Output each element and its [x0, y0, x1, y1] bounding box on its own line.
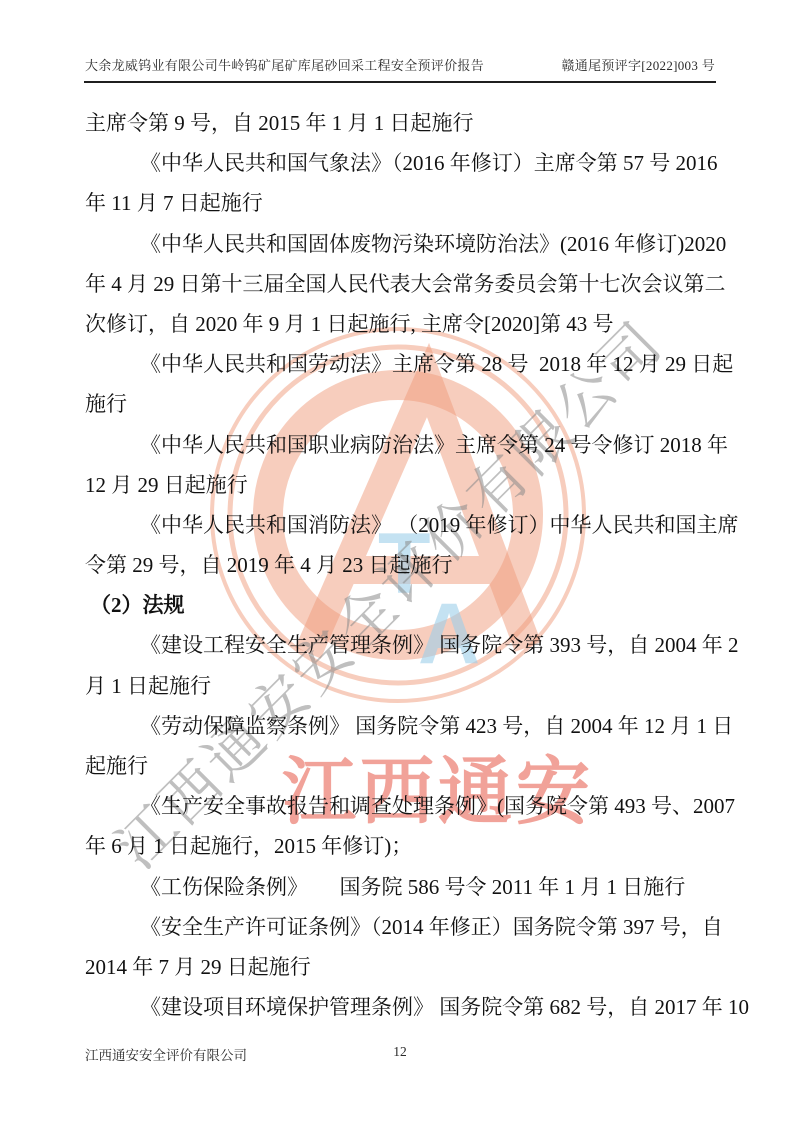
body-line: 年 11 月 7 日起施行	[85, 183, 725, 223]
footer-page-number: 12	[85, 1044, 715, 1060]
body-line: 起施行	[85, 746, 725, 786]
header-divider	[84, 81, 716, 83]
body-line: 12 月 29 日起施行	[85, 465, 725, 505]
body-text: 主席令第 9 号，自 2015 年 1 月 1 日起施行《中华人民共和国气象法》…	[85, 103, 725, 1027]
body-line: 《建设工程安全生产管理条例》 国务院令第 393 号，自 2004 年 2	[85, 625, 725, 665]
body-line: 施行	[85, 384, 725, 424]
body-line: 《劳动保障监察条例》 国务院令第 423 号，自 2004 年 12 月 1 日	[85, 706, 725, 746]
body-line: 《安全生产许可证条例》（2014 年修正）国务院令第 397 号，自	[85, 907, 725, 947]
body-line: 主席令第 9 号，自 2015 年 1 月 1 日起施行	[85, 103, 725, 143]
body-line: 《中华人民共和国气象法》（2016 年修订）主席令第 57 号 2016	[85, 143, 725, 183]
body-line: 《工伤保险条例》 国务院 586 号令 2011 年 1 月 1 日施行	[85, 867, 725, 907]
body-line: 《建设项目环境保护管理条例》 国务院令第 682 号，自 2017 年 10	[85, 987, 725, 1027]
body-line: 《生产安全事故报告和调查处理条例》(国务院令第 493 号、2007	[85, 786, 725, 826]
body-line: 年 4 月 29 日第十三届全国人民代表大会常务委员会第十七次会议第二	[85, 264, 725, 304]
body-line: 次修订，自 2020 年 9 月 1 日起施行, 主席令[2020]第 43 号	[85, 304, 725, 344]
body-line: 月 1 日起施行	[85, 666, 725, 706]
document-page: T A 江西通安安全评价有限公司 江西通安 大余龙威钨业有限公司牛岭钨矿尾矿库尾…	[0, 0, 800, 1131]
header-report-title: 大余龙威钨业有限公司牛岭钨矿尾矿库尾砂回采工程安全预评价报告	[85, 55, 484, 74]
page-header: 大余龙威钨业有限公司牛岭钨矿尾矿库尾砂回采工程安全预评价报告 赣通尾预评字[20…	[85, 55, 715, 74]
header-document-number: 赣通尾预评字[2022]003 号	[561, 55, 715, 74]
body-line: 2014 年 7 月 29 日起施行	[85, 947, 725, 987]
body-line: 《中华人民共和国消防法》 （2019 年修订）中华人民共和国主席	[85, 505, 725, 545]
body-line: 《中华人民共和国劳动法》主席令第 28 号 2018 年 12 月 29 日起	[85, 344, 725, 384]
body-line: 《中华人民共和国职业病防治法》主席令第 24 号令修订 2018 年	[85, 425, 725, 465]
body-line: （2）法规	[85, 585, 725, 625]
body-line: 令第 29 号，自 2019 年 4 月 23 日起施行	[85, 545, 725, 585]
body-line: 《中华人民共和国固体废物污染环境防治法》(2016 年修订)2020	[85, 224, 725, 264]
body-line: 年 6 月 1 日起施行，2015 年修订)；	[85, 826, 725, 866]
